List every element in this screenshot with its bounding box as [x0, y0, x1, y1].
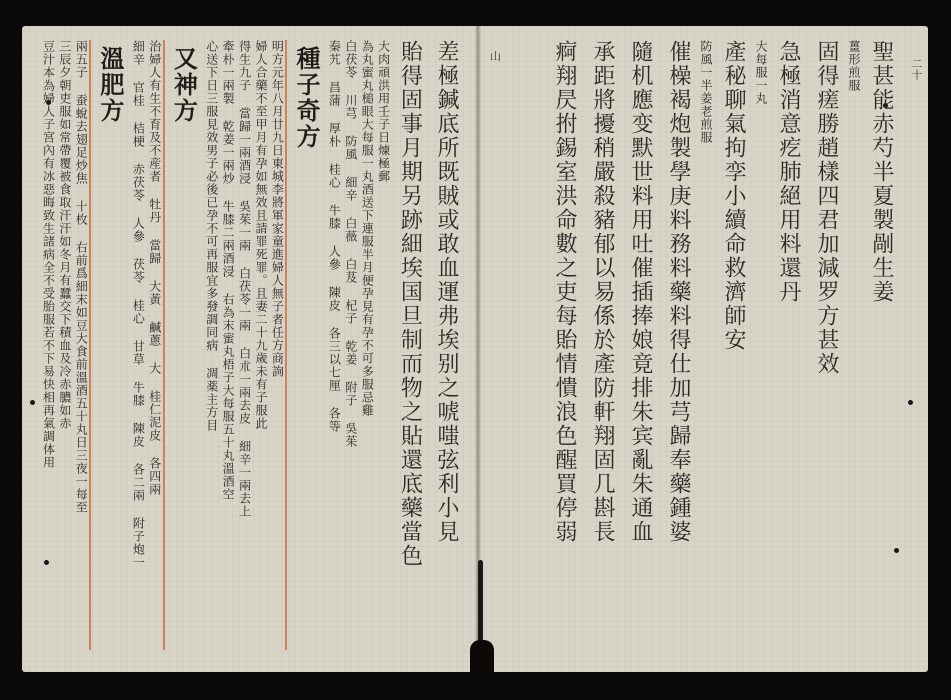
- text-column: 細辛 官桂 桔梗 赤茯苓 人參 茯苓 桂心 甘草 牛膝 陳皮 各二兩 附子炮一: [130, 40, 146, 650]
- text-column: 急極消意疙肺絕用料還丹: [769, 40, 807, 650]
- text-column: 大每服一丸: [752, 40, 769, 650]
- text-column: 固得瘥勝趙樣四君加減罗方甚效: [807, 40, 845, 650]
- text-column: 催橾褐炮製學庚料務料藥料得仕加芎歸奉藥鍾婆: [659, 40, 697, 650]
- right-page: 聖甚能赤芍半夏製剮生姜薑形煎服固得瘥勝趙樣四君加減罗方甚效急極消意疙肺絕用料還丹…: [500, 40, 900, 650]
- text-column: 治婦人有生不育及不産者 牡丹 當歸 大黃 鹹蔥 大 桂仁泥皮 各四兩: [146, 40, 162, 650]
- text-column: 痾翔昃拊錫室洪命數之吏每貽情憒浪色醒買停弱: [545, 40, 583, 650]
- binding-hole: [30, 400, 35, 405]
- text-column: 豆汁本為婦人子宮內有冰惡晦致生諸病全不受胎服若不下易快相再氣調体用: [40, 40, 56, 650]
- text-column: 防風一半姜老煎服: [697, 40, 714, 650]
- text-column: 白茯苓 川芎 防風 細辛 白薇 白芨 杞子 乾姜 附子 吳茱: [342, 40, 358, 650]
- fold-tear-bottom: [470, 640, 494, 700]
- left-page: 差極鍼底所既賊或敢血運弗埃别之唬嗤弦利小見貽得固事月期另跡細埃国旦制而物之貼還底…: [40, 40, 465, 650]
- fold-tear: [478, 560, 483, 645]
- text-column: 貽得固事月期另跡細埃国旦制而物之貼還底藥當色: [392, 40, 429, 650]
- text-column: 為丸蜜丸槌眼大每服一丸酒送下連服半月便孕見有孕不可多服忌雞: [359, 40, 375, 650]
- text-column: 承距將擾稍嚴殺豬郁以易係於產防軒翔固几斟長: [583, 40, 621, 650]
- page-number: 二十: [908, 58, 924, 80]
- text-column: 差極鍼底所既賊或敢血運弗埃别之唬嗤弦利小見: [428, 40, 465, 650]
- text-column: 兩五子 蚕蛻去翅足炒焦 十枚 右前爲細末如豆大食前溫酒五十丸日三夜一每至: [73, 40, 89, 650]
- recipe-title: 溫肥方: [89, 40, 130, 650]
- text-column: 得生九子 當歸一兩酒浸 吳茱一兩 白茯苓一兩 白朮一兩去皮 細辛一兩去上: [236, 40, 252, 650]
- binding-hole: [908, 400, 913, 405]
- text-column: 心送下日三服見效男子必後已孕不可再服宜多發調同病 凋薬主方目: [203, 40, 219, 650]
- recipe-title: 種子奇方: [285, 40, 326, 650]
- text-column: 隨机應变默世料用吐催插捧娘竟排朱宾亂朱通血: [621, 40, 659, 650]
- text-column: 大肉頑洪用壬子日煉極郵: [375, 40, 391, 650]
- text-column: 明方元年八月廿九日東城李將軍家童進婦人無子者任方商詢: [269, 40, 285, 650]
- recipe-title: 又神方: [163, 40, 204, 650]
- text-column: 薑形煎服: [845, 40, 862, 650]
- text-column: 婦人合藥不至甲月有孕如無效且請罪死罪。且妻二十九歲未有子服此: [253, 40, 269, 650]
- text-column: 產秘聊氣拘孪小續命救濟師安: [714, 40, 752, 650]
- text-column: 秦艽 昌蒲 厚朴 桂心 牛膝 人參 陳皮 各三以七厘 各等: [326, 40, 342, 650]
- text-column: 聖甚能赤芍半夏製剮生姜: [862, 40, 900, 650]
- text-column: 三辰夕朝吏服如常帶覆被食取汗汗如冬月有蠶交下積血及冷赤膿如赤: [56, 40, 72, 650]
- text-column: 牽朴一兩製 乾姜一兩炒 牛膝二兩酒浸 右為末蜜丸梧子大每服五十丸溫酒空: [220, 40, 236, 650]
